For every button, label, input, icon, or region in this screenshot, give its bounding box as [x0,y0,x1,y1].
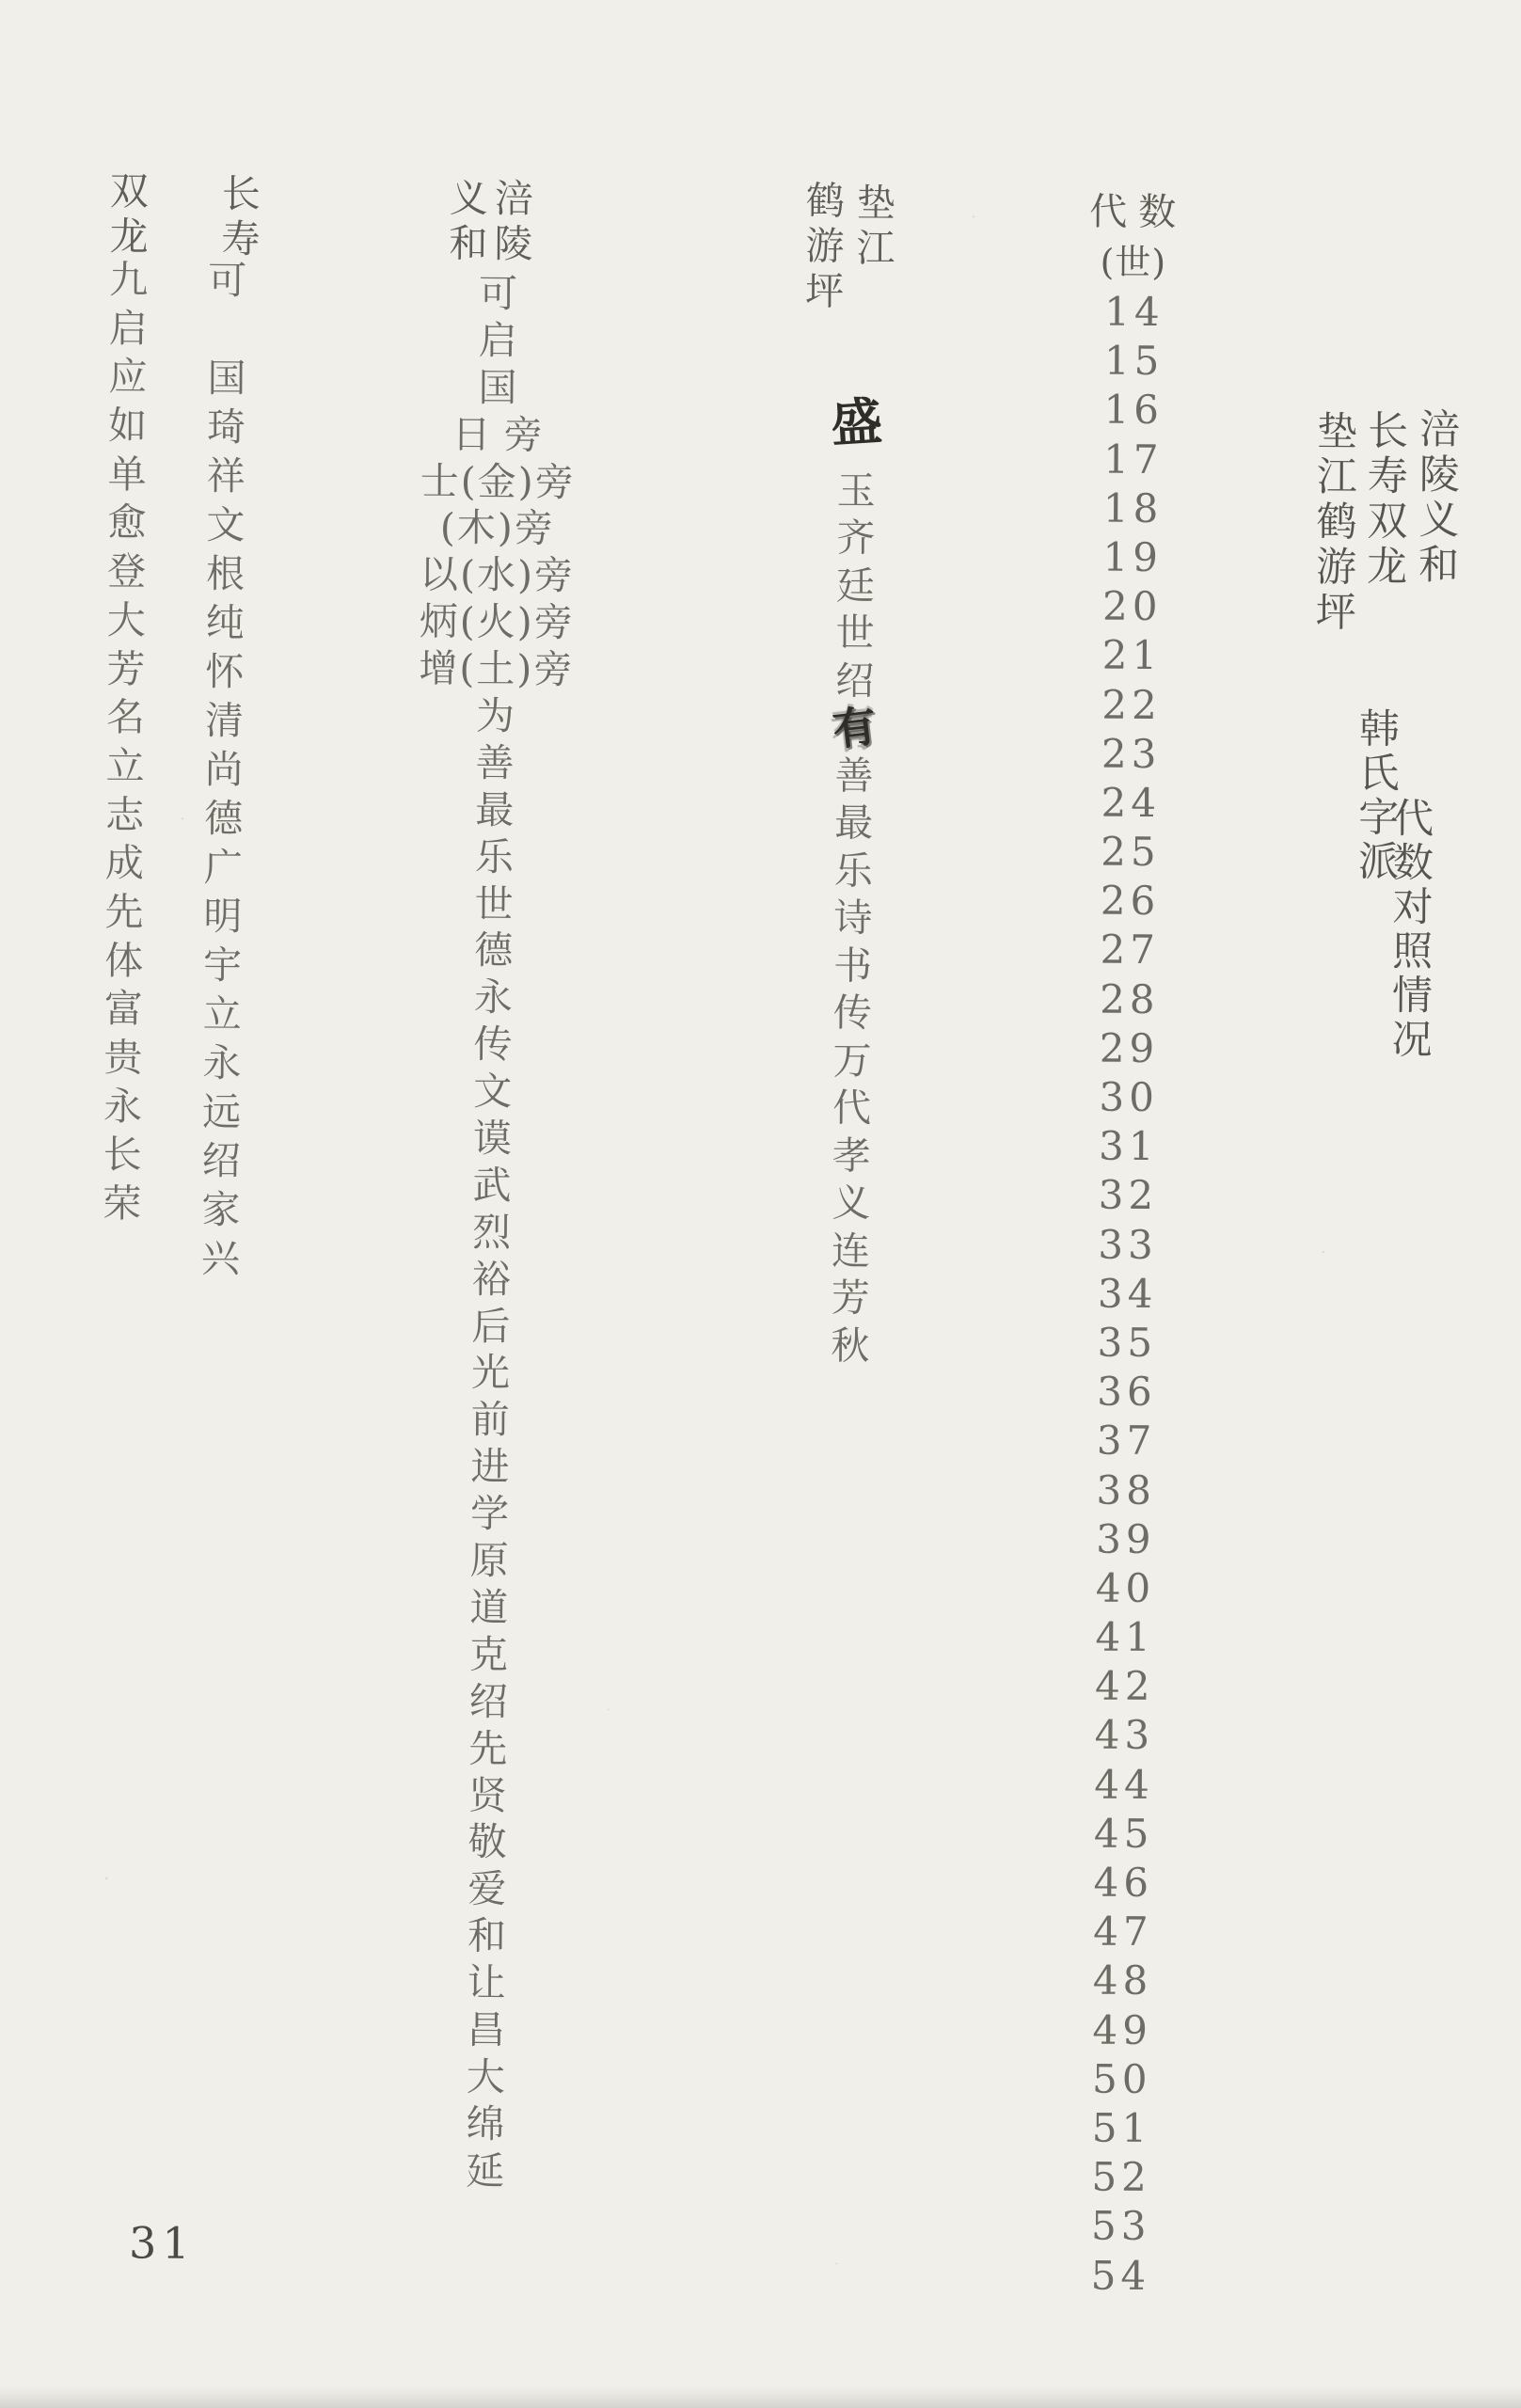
page-number: 31 [129,2217,196,2268]
poem-char: 和 [466,1913,508,1960]
poem-char: 登 [105,547,148,596]
poem-char: 昌 [465,2007,507,2054]
column-header-char: 鹤 [804,178,847,223]
poem-char: 裕 [470,1257,513,1304]
column-header-fuling-yihe: 义和 [447,176,490,266]
poem-char: 光 [469,1350,512,1397]
poem-char: 体 [103,937,145,986]
poem-char [226,305,228,354]
poem-char: 乐 [473,834,515,881]
poem-column-changshou: 可国琦祥文根纯怀清尚德广明宇立永远绍家兴 [199,256,249,1283]
poem-char: 宇 [201,941,244,990]
poem-char: 延 [464,2148,506,2195]
poem-char: 先 [467,1726,509,1773]
poem-char: 德 [202,794,245,843]
poem-char: 秋 [829,1322,871,1370]
poem-char: 代 [831,1085,873,1133]
poem-char: 让 [465,1960,507,2007]
poem-char: 世 [472,881,515,928]
poem-char: 纯 [203,598,246,647]
column-header-char: 龙 [107,214,150,259]
column-header-char: 游 [803,223,846,268]
column-header-dianjiang-heyouping: 鹤游坪 [803,178,847,313]
column-header-char: 双 [108,168,151,214]
poem-char: 传 [832,990,874,1038]
poem-char: 齐 [834,515,877,562]
poem-char: 应 [106,354,149,403]
poem-char: 立 [201,990,244,1038]
poem-char: 克 [467,1632,510,1679]
poem-char: 琦 [205,403,247,451]
poem-char: 祥 [205,451,247,500]
poem-char: 绵 [464,2101,506,2148]
poem-char: 士(金)旁 [419,458,576,506]
column-header-char: 长 [220,171,262,216]
poem-char: 最 [832,800,875,848]
scanned-genealogy-page: 涪陵义和长寿双龙垫江鹤游坪 韩氏字派代数对照情况 代数(世)1415161718… [0,0,1521,2408]
poem-char: 诗 [832,895,874,943]
column-header-dianjiang-heyouping: 垫江 [854,181,897,271]
poem-char: 孝 [831,1132,873,1180]
poem-char: 文 [471,1069,514,1116]
poem-column-dianjiang-heyouping: 盛玉齐廷世绍有善最乐诗书传万代孝义连芳秋 [823,399,884,1370]
poem-char: 大 [465,2054,507,2101]
column-header-char: 陵 [492,221,534,266]
poem-char: 单 [106,451,149,499]
poem-char: 传 [471,1022,514,1069]
poem-char: 世 [833,610,876,657]
poem-char: 芳 [830,1275,872,1323]
poem-char: 永 [472,974,515,1022]
poem-char: 烈 [470,1210,513,1257]
poem-char: 成 [103,839,146,888]
poem-char: (木)旁 [438,505,555,553]
column-header-char: 垫 [855,181,897,226]
page-content: 涪陵义和长寿双龙垫江鹤游坪 韩氏字派代数对照情况 代数(世)1415161718… [0,0,1521,2408]
poem-char: 兴 [199,1234,242,1283]
poem-char: 国 [476,365,518,412]
poem-char: 怀 [203,647,246,696]
poem-char: 启 [477,318,519,365]
poem-column-fuling-yihe: 可启国日旁士(金)旁(木)旁以(水)旁炳(火)旁增(土)旁为善最乐世德永传文谟武… [406,271,577,2196]
poem-char: 乐 [832,847,875,895]
column-header-char: 坪 [803,268,846,313]
poem-column-shuanglong: 九启应如单愈登大芳名立志成先体富贵永长荣 [101,256,150,1228]
poem-char: 贤 [467,1772,509,1819]
poem-char: 日旁 [438,411,555,459]
poem-char: 增(土)旁 [417,646,574,694]
generation-poem-columns: 垫江鹤游坪盛玉齐廷世绍有善最乐诗书传万代孝义连芳秋涪陵义和可启国日旁士(金)旁(… [0,0,1521,2408]
poem-char: 为 [474,693,516,740]
poem-char: 家 [199,1185,242,1234]
poem-char: 尚 [202,745,245,794]
column-header-char: 涪 [493,176,535,221]
poem-char: 愈 [105,499,148,548]
poem-char: 玉 [835,467,878,515]
poem-char: 德 [472,927,515,974]
poem-char: 清 [203,696,246,745]
poem-char: 炳(火)旁 [418,599,575,647]
poem-char: 根 [204,549,246,598]
poem-char: 道 [467,1585,510,1632]
poem-char: 绍 [833,657,876,705]
poem-char: 广 [202,843,245,892]
poem-char: 盛 [828,397,885,448]
poem-char: 九 [107,256,150,305]
poem-char: 文 [204,500,246,549]
poem-char: 永 [200,1038,243,1087]
poem-char: 立 [103,742,146,791]
poem-char: 最 [473,787,515,834]
poem-char: 廷 [834,562,877,610]
poem-char: 绍 [200,1136,243,1185]
poem-char: 万 [831,1037,873,1085]
poem-char: 有 [829,702,880,754]
poem-char: 芳 [104,645,147,694]
poem-char: 谟 [471,1116,514,1163]
poem-char: 武 [470,1163,513,1210]
poem-char: 善 [473,740,515,787]
column-header-fuling-yihe: 涪陵 [492,176,535,266]
poem-char: 先 [103,888,145,937]
poem-char: 后 [469,1304,512,1351]
poem-char: 永 [102,1083,144,1132]
poem-char: 富 [103,986,145,1035]
poem-char: 大 [105,596,148,645]
poem-char: 明 [201,892,244,941]
column-header-char: 义 [448,176,490,221]
poem-char: 荣 [101,1180,143,1228]
poem-char: 敬 [466,1819,508,1866]
column-header-char: 江 [854,226,896,271]
poem-char: 爱 [466,1866,508,1913]
column-header-shuanglong: 双龙 [107,168,151,259]
poem-char: 善 [832,752,875,800]
poem-char: 长 [102,1132,144,1180]
poem-char: 原 [468,1538,511,1585]
column-header-char: 和 [447,221,489,266]
poem-char: 书 [832,942,874,990]
poem-char: 学 [468,1491,511,1538]
poem-char: 志 [103,791,146,840]
poem-char: 远 [200,1087,243,1136]
poem-char: 可 [477,271,519,318]
poem-char: 名 [104,693,147,742]
poem-char: 贵 [102,1034,144,1083]
poem-char: 义 [830,1180,872,1228]
poem-char: 连 [830,1227,872,1275]
column-header-changshou: 长寿 [219,171,262,261]
poem-char: 绍 [467,1679,510,1726]
poem-char: 国 [205,354,247,403]
poem-char: 启 [107,305,150,354]
poem-char: 如 [106,402,149,451]
poem-char: 可 [206,256,248,305]
poem-char: 前 [469,1397,512,1444]
poem-char: 进 [468,1444,511,1491]
poem-char: 以(水)旁 [418,552,575,600]
